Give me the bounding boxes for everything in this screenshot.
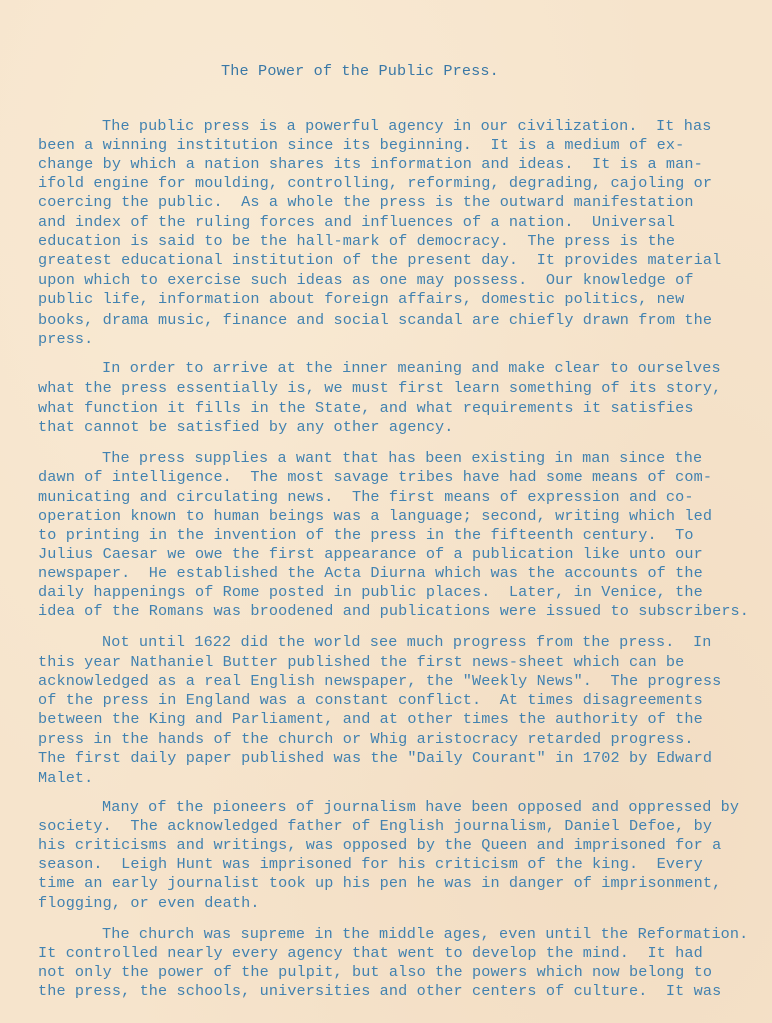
paragraph-4-line-6: press in the hands of the church or Whig… bbox=[38, 730, 694, 748]
paragraph-4-line-8: Malet. bbox=[38, 769, 93, 787]
paragraph-1-line-10: public life, information about foreign a… bbox=[38, 290, 684, 308]
paragraph-3-line-1: The press supplies a want that has been … bbox=[102, 449, 702, 467]
paragraph-2-line-1: In order to arrive at the inner meaning … bbox=[102, 359, 721, 377]
paragraph-5-line-2: society. The acknowledged father of Engl… bbox=[38, 817, 712, 835]
paragraph-1-line-9: upon which to exercise such ideas as one… bbox=[38, 271, 694, 289]
paragraph-1-line-4: ifold engine for moulding, controlling, … bbox=[38, 174, 712, 192]
paragraph-1-line-2: been a winning institution since its beg… bbox=[38, 136, 684, 154]
paragraph-3-line-6: Julius Caesar we owe the first appearanc… bbox=[38, 545, 703, 563]
paragraph-6-line-2: It controlled nearly every agency that w… bbox=[38, 944, 703, 962]
paragraph-5-line-3: his criticisms and writings, was opposed… bbox=[38, 836, 721, 854]
paragraph-1-line-3: change by which a nation shares its info… bbox=[38, 155, 703, 173]
paragraph-4-line-7: The first daily paper published was the … bbox=[38, 749, 712, 767]
paragraph-4-line-4: of the press in England was a constant c… bbox=[38, 691, 703, 709]
paragraph-4-line-1: Not until 1622 did the world see much pr… bbox=[102, 633, 711, 651]
paragraph-5-line-6: flogging, or even death. bbox=[38, 894, 260, 912]
paragraph-2-line-4: that cannot be satisfied by any other ag… bbox=[38, 418, 454, 436]
paragraph-1-line-1: The public press is a powerful agency in… bbox=[102, 117, 711, 135]
paragraph-3-line-8: daily happenings of Rome posted in publi… bbox=[38, 583, 703, 601]
paragraph-6-line-4: the press, the schools, universities and… bbox=[38, 982, 721, 1000]
paragraph-6-line-1: The church was supreme in the middle age… bbox=[102, 925, 748, 943]
paragraph-1-line-8: greatest educational institution of the … bbox=[38, 251, 721, 269]
paragraph-5-line-5: time an early journalist took up his pen… bbox=[38, 874, 721, 892]
paragraph-4-line-2: this year Nathaniel Butter published the… bbox=[38, 653, 684, 671]
paragraph-3-line-3: municating and circulating news. The fir… bbox=[38, 488, 694, 506]
paragraph-3-line-2: dawn of intelligence. The most savage tr… bbox=[38, 468, 712, 486]
paragraph-3-line-5: to printing in the invention of the pres… bbox=[38, 526, 694, 544]
paragraph-3-line-9: idea of the Romans was broodened and pub… bbox=[38, 602, 749, 620]
paragraph-6-line-3: not only the power of the pulpit, but al… bbox=[38, 963, 712, 981]
paragraph-3-line-4: operation known to human beings was a la… bbox=[38, 507, 712, 525]
paragraph-5-line-4: season. Leigh Hunt was imprisoned for hi… bbox=[38, 855, 703, 873]
paragraph-2-line-2: what the press essentially is, we must f… bbox=[38, 379, 721, 397]
paragraph-4-line-5: between the King and Parliament, and at … bbox=[38, 710, 703, 728]
paragraph-1-line-7: education is said to be the hall-mark of… bbox=[38, 232, 675, 250]
paragraph-1-line-12: press. bbox=[38, 330, 93, 348]
paragraph-5-line-1: Many of the pioneers of journalism have … bbox=[102, 798, 739, 816]
document-title: The Power of the Public Press. bbox=[0, 62, 772, 80]
paragraph-1-line-6: and index of the ruling forces and influ… bbox=[38, 213, 675, 231]
typewritten-page: The Power of the Public Press. The publi… bbox=[0, 0, 772, 1023]
paragraph-1-line-5: coercing the public. As a whole the pres… bbox=[38, 193, 694, 211]
paragraph-2-line-3: what function it fills in the State, and… bbox=[38, 399, 694, 417]
paragraph-1-line-11: books, drama music, finance and social s… bbox=[38, 311, 712, 329]
paragraph-3-line-7: newspaper. He established the Acta Diurn… bbox=[38, 564, 703, 582]
paragraph-4-line-3: acknowledged as a real English newspaper… bbox=[38, 672, 721, 690]
